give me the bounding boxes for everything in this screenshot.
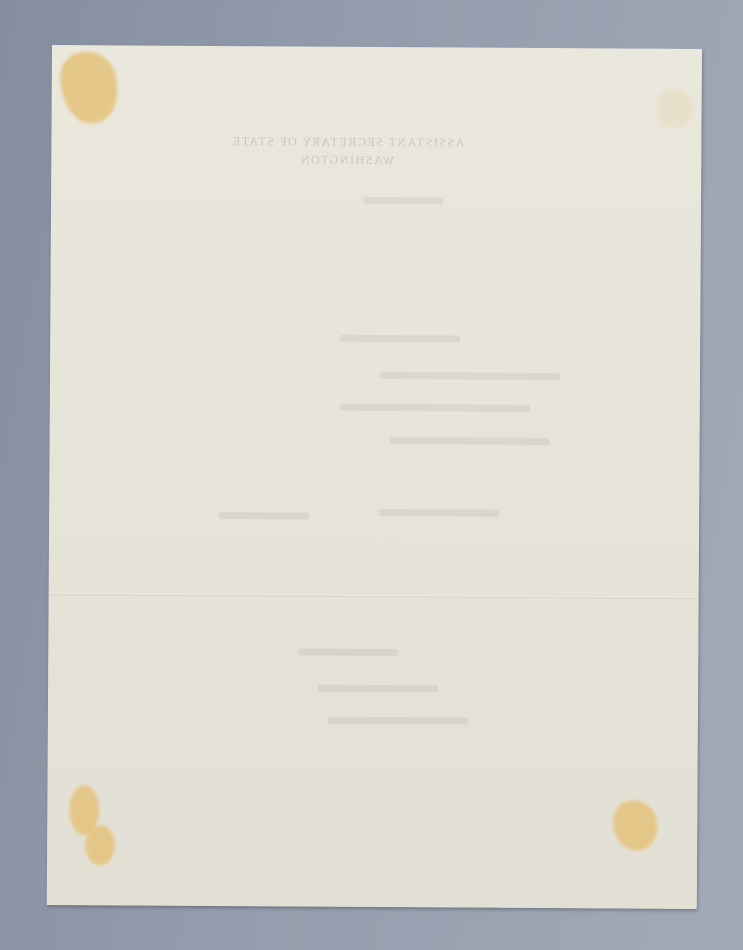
adhesive-stain-bottom-right (613, 800, 657, 850)
ghost-body-line-2 (340, 404, 530, 412)
letterhead-title-mirrored: ASSISTANT SECRETARY OF STATE (231, 134, 464, 150)
fold-crease (49, 593, 699, 599)
ghost-body-line-1 (380, 372, 560, 380)
adhesive-stain-bottom-left-2 (85, 825, 115, 865)
ghost-salutation-line (340, 335, 460, 343)
adhesive-stain-top-left (55, 46, 124, 128)
ghost-address-line-1 (298, 649, 398, 657)
letterhead-city-mirrored: WASHINGTON (299, 153, 394, 169)
adhesive-stain-top-right (656, 89, 694, 129)
ghost-address-line-3 (328, 717, 468, 725)
ghost-date-line (363, 197, 443, 204)
ghost-signature-right (379, 509, 499, 517)
ghost-address-line-2 (318, 685, 438, 693)
ghost-body-line-3 (390, 437, 550, 445)
ghost-signature-left (219, 512, 309, 520)
letter-sheet: ASSISTANT SECRETARY OF STATE WASHINGTON (47, 45, 702, 909)
